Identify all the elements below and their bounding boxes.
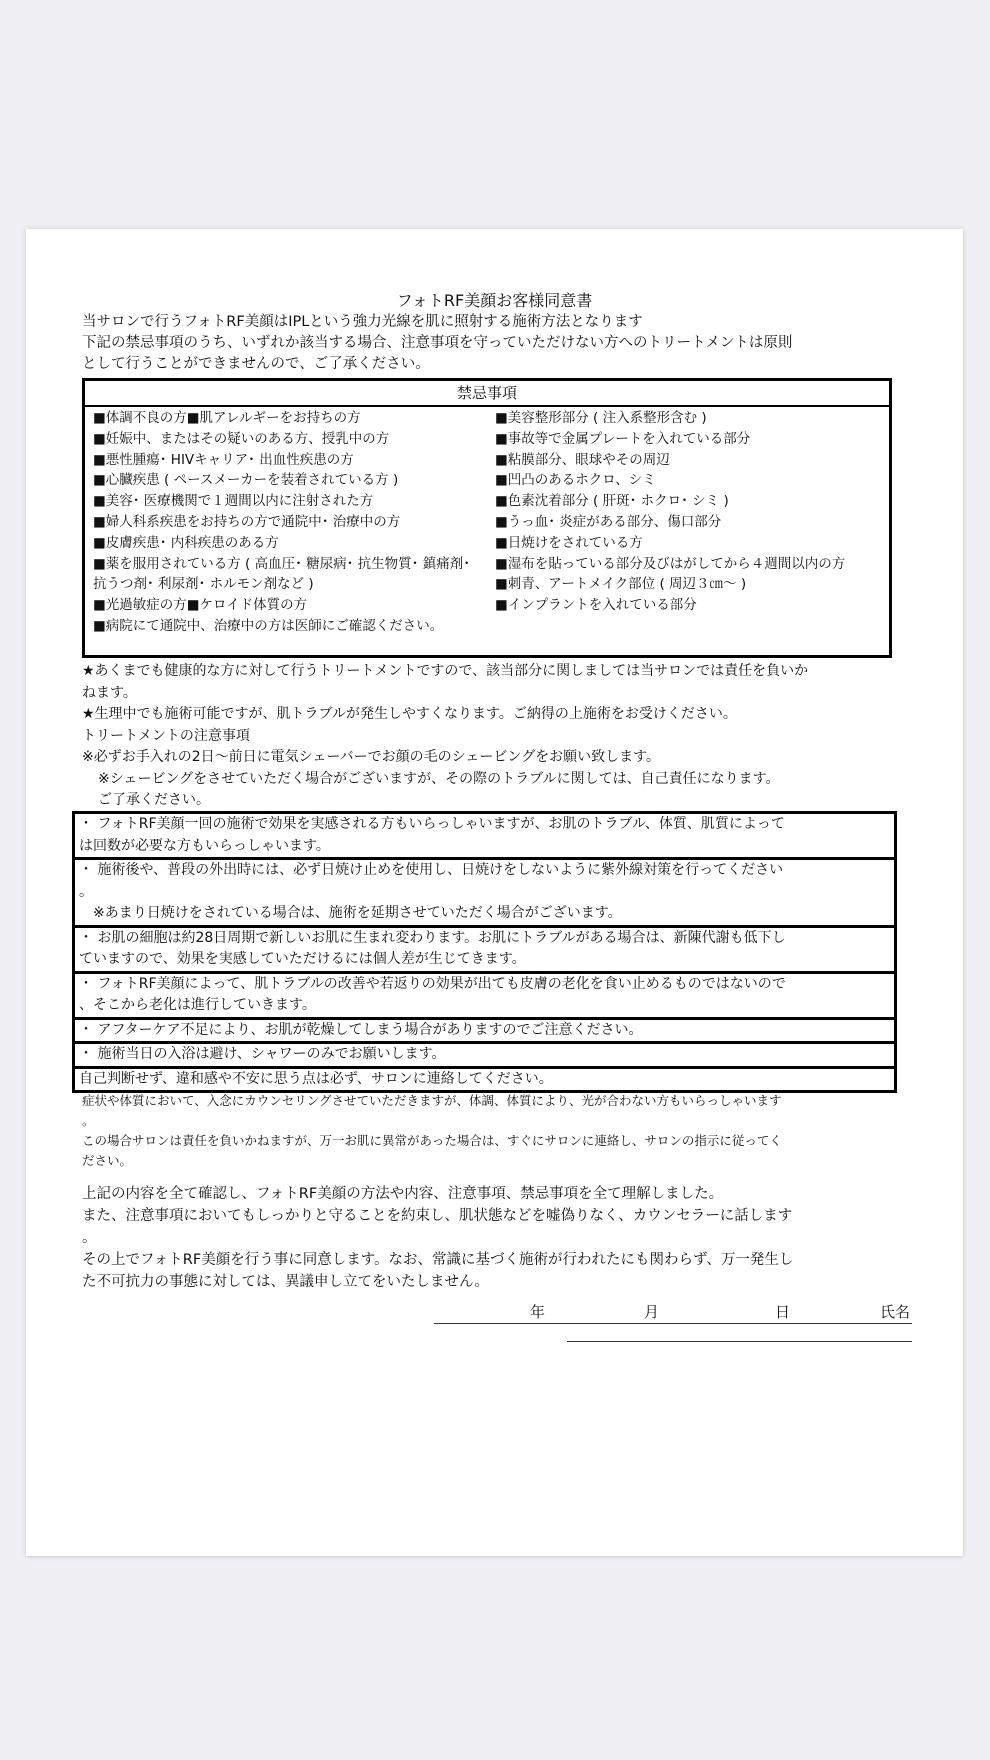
contraindication-item: ■皮膚疾患･ 内科疾患のある方 — [93, 533, 473, 554]
consent-line: 。 — [82, 1227, 793, 1249]
contraindication-item: ■うっ血･ 炎症がある部分、傷口部分 — [495, 512, 885, 533]
note-line: ・ お肌の細胞は約28日周期で新しいお肌に生まれ変わります。お肌にトラブルがある… — [79, 928, 890, 950]
note-line: 、そこから老化は進行していきます。 — [79, 995, 890, 1017]
small-print: 症状や体質において、入念にカウンセリングさせていただきますが、体調、体質により、… — [82, 1091, 782, 1171]
note-box: ・ 施術当日の入浴は避け、シャワーのみでお願いします。 — [72, 1041, 897, 1069]
note-line: ※あまり日焼けをされている場合は、施術を延期させていただく場合がございます。 — [79, 903, 890, 925]
note-line: ・ フォトRF美顔一回の施術で効果を実感される方もいらっしゃいますが、お肌のトラ… — [79, 814, 890, 836]
treatment-notes-boxes: ・ フォトRF美顔一回の施術で効果を実感される方もいらっしゃいますが、お肌のトラ… — [72, 811, 897, 1093]
intro-line: として行うことができませんので、ご了承ください。 — [82, 353, 792, 374]
signature-date-line[interactable]: 年 月 日 氏名 — [434, 1301, 912, 1324]
contraindication-item: ■病院にて通院中、治療中の方は医師にご確認ください。 — [93, 616, 473, 637]
intro-line: 下記の禁忌事項のうち、いずれか該当する場合、注意事項を守っていただけない方へのト… — [82, 332, 792, 353]
note-line: は回数が必要な方もいらっしゃいます。 — [79, 836, 890, 858]
note-box: ・ フォトRF美顔一回の施術で効果を実感される方もいらっしゃいますが、お肌のトラ… — [72, 811, 897, 860]
consent-line: た不可抗力の事態に対しては、異議申し立てをいたしません。 — [82, 1271, 793, 1293]
contraindication-item: ■美容･ 医療機関で１週間以内に注射された方 — [93, 491, 473, 512]
contraindication-item: ■光過敏症の方■ケロイド体質の方 — [93, 595, 473, 616]
shaving-note-line: ※必ずお手入れの2日～前日に電気シェーバーでお顔の毛のシェービングをお願い致しま… — [82, 747, 808, 769]
note-line: 自己判断せず、違和感や不安に思う点は必ず、サロンに連絡してください。 — [79, 1069, 890, 1091]
small-print-line: 。 — [82, 1111, 782, 1131]
contraindications-left-column: ■体調不良の方■肌アレルギーをお持ちの方 ■妊娠中、またはその疑いのある方、授乳… — [93, 408, 473, 637]
disclaimer-line: ★あくまでも健康的な方に対して行うトリートメントですので、該当部分に関しましては… — [82, 661, 808, 683]
note-line: ・ 施術当日の入浴は避け、シャワーのみでお願いします。 — [79, 1044, 890, 1066]
note-box: ・ フォトRF美顔によって、肌トラブルの改善や若返りの効果が出ても皮膚の老化を食… — [72, 971, 897, 1020]
contraindication-item: ■色素沈着部分 ( 肝斑･ ホクロ･ シミ ) — [495, 491, 885, 512]
contraindication-item: ■悪性腫瘍･ HIVキャリア･ 出血性疾患の方 — [93, 450, 473, 471]
name-label: 氏名 — [880, 1301, 910, 1322]
small-print-line: ださい。 — [82, 1151, 782, 1171]
consent-line: その上でフォトRF美顔を行う事に同意します。なお、常識に基づく施術が行われたにも… — [82, 1249, 793, 1271]
contraindication-item: ■美容整形部分 ( 注入系整形含む ) — [495, 408, 885, 429]
shaving-note-line: ※シェービングをさせていただく場合がございますが、その際のトラブルに関しては、自… — [82, 769, 808, 791]
note-line: ・ フォトRF美顔によって、肌トラブルの改善や若返りの効果が出ても皮膚の老化を食… — [79, 974, 890, 996]
contraindication-item: ■日焼けをされている方 — [495, 533, 885, 554]
contraindication-item: ■心臓疾患 ( ペースメーカーを装着されている方 ) — [93, 470, 473, 491]
contraindication-item: ■凹凸のあるホクロ、シミ — [495, 470, 885, 491]
contraindication-item: ■粘膜部分、眼球やその周辺 — [495, 450, 885, 471]
year-label: 年 — [530, 1301, 545, 1322]
consent-statement: 上記の内容を全て確認し、フォトRF美顔の方法や内容、注意事項、禁忌事項を全て理解… — [82, 1183, 793, 1293]
small-print-line: 症状や体質において、入念にカウンセリングさせていただきますが、体調、体質により、… — [82, 1091, 782, 1111]
intro-line: 当サロンで行うフォトRF美顔はIPLという強力光線を肌に照射する施術方法となりま… — [82, 311, 792, 332]
note-box: ・ アフターケア不足により、お肌が乾燥してしまう場合がありますのでご注意ください… — [72, 1017, 897, 1045]
note-line: ・ アフターケア不足により、お肌が乾燥してしまう場合がありますのでご注意ください… — [79, 1020, 890, 1042]
consent-line: 上記の内容を全て確認し、フォトRF美顔の方法や内容、注意事項、禁忌事項を全て理解… — [82, 1183, 793, 1205]
document-title: フォトRF美顔お客様同意書 — [26, 288, 963, 311]
note-box: 自己判断せず、違和感や不安に思う点は必ず、サロンに連絡してください。 — [72, 1066, 897, 1094]
treatment-notes-heading: トリートメントの注意事項 — [82, 726, 808, 748]
consent-line: また、注意事項においてもしっかりと守ることを約束し、肌状態などを嘘偽りなく、カウ… — [82, 1205, 793, 1227]
contraindication-item: ■妊娠中、またはその疑いのある方、授乳中の方 — [93, 429, 473, 450]
signature-name-line[interactable] — [567, 1341, 912, 1342]
note-line: 。 — [79, 882, 890, 904]
day-label: 日 — [775, 1301, 790, 1322]
contraindication-item: ■婦人科系疾患をお持ちの方で通院中･ 治療中の方 — [93, 512, 473, 533]
note-line: ・ 施術後や、普段の外出時には、必ず日焼け止めを使用し、日焼けをしないように紫外… — [79, 860, 890, 882]
shaving-note-line: ご了承ください。 — [82, 790, 808, 812]
disclaimer-line: ★生理中でも施術可能ですが、肌トラブルが発生しやすくなります。ご納得の上施術をお… — [82, 704, 808, 726]
contraindication-item: ■刺青、アートメイク部位 ( 周辺３㎝～ ) — [495, 574, 885, 595]
intro-text: 当サロンで行うフォトRF美顔はIPLという強力光線を肌に照射する施術方法となりま… — [82, 311, 792, 374]
note-box: ・ 施術後や、普段の外出時には、必ず日焼け止めを使用し、日焼けをしないように紫外… — [72, 857, 897, 928]
small-print-line: この場合サロンは責任を負いかねますが、万一お肌に異常があった場合は、すぐにサロン… — [82, 1131, 782, 1151]
contraindication-item: ■インプラントを入れている部分 — [495, 595, 885, 616]
month-label: 月 — [644, 1301, 659, 1322]
disclaimer-section: ★あくまでも健康的な方に対して行うトリートメントですので、該当部分に関しましては… — [82, 661, 808, 812]
contraindication-item: ■湿布を貼っている部分及びはがしてから４週間以内の方 — [495, 554, 885, 575]
contraindication-item: ■事故等で金属プレートを入れている部分 — [495, 429, 885, 450]
contraindication-item: ■体調不良の方■肌アレルギーをお持ちの方 — [93, 408, 473, 429]
contraindications-table: 禁忌事項 ■体調不良の方■肌アレルギーをお持ちの方 ■妊娠中、またはその疑いのあ… — [82, 378, 892, 658]
contraindications-right-column: ■美容整形部分 ( 注入系整形含む ) ■事故等で金属プレートを入れている部分 … — [495, 408, 885, 616]
note-box: ・ お肌の細胞は約28日周期で新しいお肌に生まれ変わります。お肌にトラブルがある… — [72, 925, 897, 974]
contraindication-item: ■薬を服用されている方 ( 高血圧･ 糖尿病･ 抗生物質･ 鎮痛剤･ 抗うつ剤･… — [93, 554, 473, 596]
consent-form-page: フォトRF美顔お客様同意書 当サロンで行うフォトRF美顔はIPLという強力光線を… — [26, 229, 963, 1556]
note-line: ていますので、効果を実感していただけるには個人差が生じてきます。 — [79, 949, 890, 971]
contraindications-heading: 禁忌事項 — [85, 381, 889, 407]
disclaimer-line: ねます。 — [82, 683, 808, 705]
